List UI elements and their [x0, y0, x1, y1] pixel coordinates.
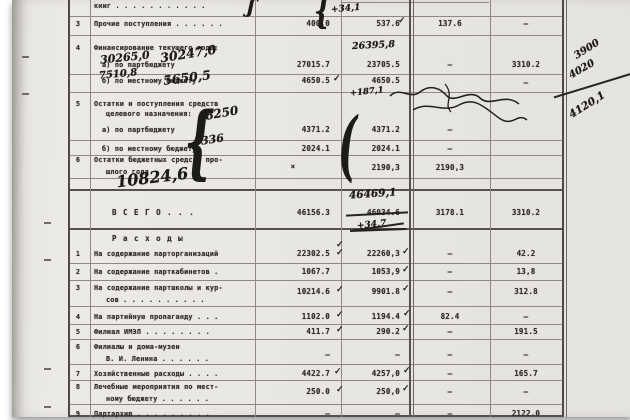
- income-row-1-col4: –: [492, 19, 560, 28]
- income-row-8-label: Остатки бюджетных средств про-: [94, 156, 258, 164]
- expense-row-1-num: 1: [70, 250, 86, 258]
- margin-tick-mark: [22, 93, 29, 95]
- expense-row-3-col4: 312.8: [492, 287, 560, 296]
- expense-row-3-num: 3: [70, 284, 86, 292]
- checkmark-handwritten: ✓: [336, 285, 344, 295]
- margin-tick-mark: [44, 406, 51, 408]
- checkmark-handwritten: ✓: [402, 384, 410, 394]
- grid-line-vertical: [566, 0, 567, 417]
- total-label: В С Е Г О . . .: [112, 208, 195, 217]
- grid-line-horizontal: [341, 2, 489, 3]
- expense-row-4-col3: 82.4: [414, 312, 486, 321]
- income-row-1-label: Прочие поступления . . . . . .: [94, 20, 258, 28]
- expense-row-3-label: На содержание партшколы и кур-: [94, 284, 258, 292]
- expense-row-4-plan: 1102.0: [256, 312, 330, 321]
- expense-row-1-col4: 42.2: [492, 249, 560, 258]
- income-row-4-plan: 4650.5: [256, 76, 330, 85]
- expense-row-9-col3: –: [414, 409, 486, 418]
- expense-row-3-label2: сов . . . . . . . . . .: [106, 296, 270, 304]
- expense-row-8-label: Лечебные мероприятия по мест-: [94, 383, 258, 391]
- income-row-7-col3: –: [414, 144, 486, 153]
- handwritten-paren: (: [338, 100, 357, 189]
- expense-row-7-label: Хозяйственные расходы . . . .: [94, 370, 258, 378]
- margin-tick-mark: [44, 368, 51, 370]
- expense-row-5-label: Филиал ИМЭЛ . . . . . . . .: [94, 328, 258, 336]
- expense-row-6-col3: –: [414, 350, 486, 359]
- expense-row-8-col4: –: [492, 387, 560, 396]
- income-row-0-label: книг . . . . . . . . . . .: [94, 2, 258, 10]
- checkmark-handwritten: ✓: [402, 324, 410, 334]
- expense-row-7-actual: 4257,0: [346, 369, 400, 378]
- income-row-8-col3: 2190,3: [414, 163, 486, 172]
- checkmark-handwritten: ✓: [398, 16, 406, 26]
- expense-row-8-actual: 250,0: [346, 387, 400, 396]
- income-row-7-plan: 2024.1: [256, 144, 330, 153]
- income-row-6-plan: 4371.2: [256, 125, 330, 134]
- income-row-8-plan: ×: [256, 162, 330, 171]
- handwritten-scribble: [385, 78, 535, 126]
- expense-row-6-actual: –: [346, 350, 400, 359]
- expense-row-2-col3: –: [414, 267, 486, 276]
- expense-row-3-plan: 10214.6: [256, 287, 330, 296]
- expense-row-6-col4: –: [492, 350, 560, 359]
- expense-row-2-col4: 13,8: [492, 267, 560, 276]
- expense-row-8-col3: –: [414, 387, 486, 396]
- checkmark-handwritten: ✓: [402, 247, 410, 257]
- checkmark-handwritten: ✓: [402, 284, 410, 294]
- income-row-3-actual: 23705.5: [346, 60, 400, 69]
- expense-row-3-col3: –: [414, 287, 486, 296]
- grid-line-vertical: [490, 0, 491, 417]
- expense-row-9-label: Партархив . . . . . . . . .: [94, 410, 258, 418]
- handwritten-26395-8: 26395,8: [352, 39, 395, 52]
- checkmark-handwritten: ✓: [336, 325, 344, 335]
- expense-row-7-plan: 4422.7: [256, 369, 330, 378]
- income-row-6-col3: –: [414, 125, 486, 134]
- expenses-header: Р а с х о д ы: [112, 234, 184, 243]
- expense-row-6-label2: В. И. Ленина . . . . . .: [106, 355, 270, 363]
- expense-row-2-actual: 1053,9: [346, 267, 400, 276]
- expense-row-1-plan: 22302.5: [256, 249, 330, 258]
- expense-row-2-num: 2: [70, 268, 86, 276]
- checkmark-handwritten: ✓: [334, 367, 342, 377]
- checkmark-handwritten: ✓: [402, 265, 410, 275]
- checkmark-handwritten: ✓: [333, 74, 341, 84]
- expense-row-4-label: На партийную пропаганду . . .: [94, 313, 258, 321]
- income-row-3-col3: –: [414, 60, 486, 69]
- expense-row-3-actual: 9901.8: [346, 287, 400, 296]
- income-row-1-actual: 537.6: [346, 19, 400, 28]
- expense-row-5-col4: 191.5: [492, 327, 560, 336]
- income-row-3-plan: 27015.7: [256, 60, 330, 69]
- total-col4: 3310.2: [492, 208, 560, 217]
- expense-row-5-actual: 290.2: [346, 327, 400, 336]
- expense-row-5-plan: 411.7: [256, 327, 330, 336]
- expense-row-4-col4: –: [492, 312, 560, 321]
- expense-row-5-num: 5: [70, 328, 86, 336]
- income-row-8-num: 6: [70, 156, 86, 164]
- expense-row-9-plan: –: [256, 409, 330, 418]
- expense-row-1-label: На содержание парторганизаций: [94, 250, 258, 258]
- expense-row-9-actual: –: [346, 409, 400, 418]
- expense-row-8-num: 8: [70, 383, 86, 391]
- expense-row-6-num: 6: [70, 343, 86, 351]
- expense-row-9-num: 9: [70, 410, 86, 418]
- checkmark-handwritten: ✓: [403, 366, 411, 376]
- scanned-document: книг . . . . . . . . . . . 3 Прочие пост…: [0, 0, 630, 420]
- expense-row-4-num: 4: [70, 313, 86, 321]
- handwritten-brace-top: {: [314, 0, 330, 32]
- grid-line-vertical: [562, 0, 564, 417]
- margin-tick-mark: [22, 56, 29, 58]
- income-row-3-col4: 3310.2: [492, 60, 560, 69]
- grid-line-vertical: [68, 0, 70, 417]
- expense-row-7-col3: –: [414, 369, 486, 378]
- checkmark-handwritten: ✓: [336, 310, 344, 320]
- expense-row-7-col4: 165.7: [492, 369, 560, 378]
- checkmark-handwritten: ✓: [403, 309, 411, 319]
- expense-row-5-col3: –: [414, 327, 486, 336]
- expense-row-9-col4: 2122.0: [492, 409, 560, 418]
- total-plan: 46156.3: [256, 208, 330, 217]
- grid-line-vertical: [341, 0, 342, 417]
- checkmark-handwritten: ✓: [336, 248, 344, 258]
- margin-tick-mark: [44, 259, 51, 261]
- expense-row-4-actual: 1194.4: [346, 312, 400, 321]
- expense-row-6-plan: –: [256, 350, 330, 359]
- grid-line-vertical: [409, 0, 411, 417]
- expense-row-6-label: Филиалы и дома-музеи: [94, 343, 258, 351]
- expense-row-2-label: На содержание парткабинетов .: [94, 268, 258, 276]
- expense-row-7-num: 7: [70, 370, 86, 378]
- grid-line-vertical: [90, 0, 91, 417]
- checkmark-handwritten: ✓: [336, 385, 344, 395]
- margin-tick-mark: [44, 222, 51, 224]
- income-row-1-num: 3: [70, 20, 86, 28]
- expense-row-1-actual: 22260,3: [346, 249, 400, 258]
- income-row-1-col3: 137.6: [414, 19, 486, 28]
- income-row-2-num: 4: [70, 44, 86, 52]
- expense-row-1-col3: –: [414, 249, 486, 258]
- expense-row-8-plan: 250.0: [256, 387, 330, 396]
- expense-row-2-plan: 1067.7: [256, 267, 330, 276]
- expense-row-8-label2: ному бюджету . . . . . .: [106, 395, 270, 403]
- income-row-5-num: 5: [70, 100, 86, 108]
- total-col3: 3178.1: [414, 208, 486, 217]
